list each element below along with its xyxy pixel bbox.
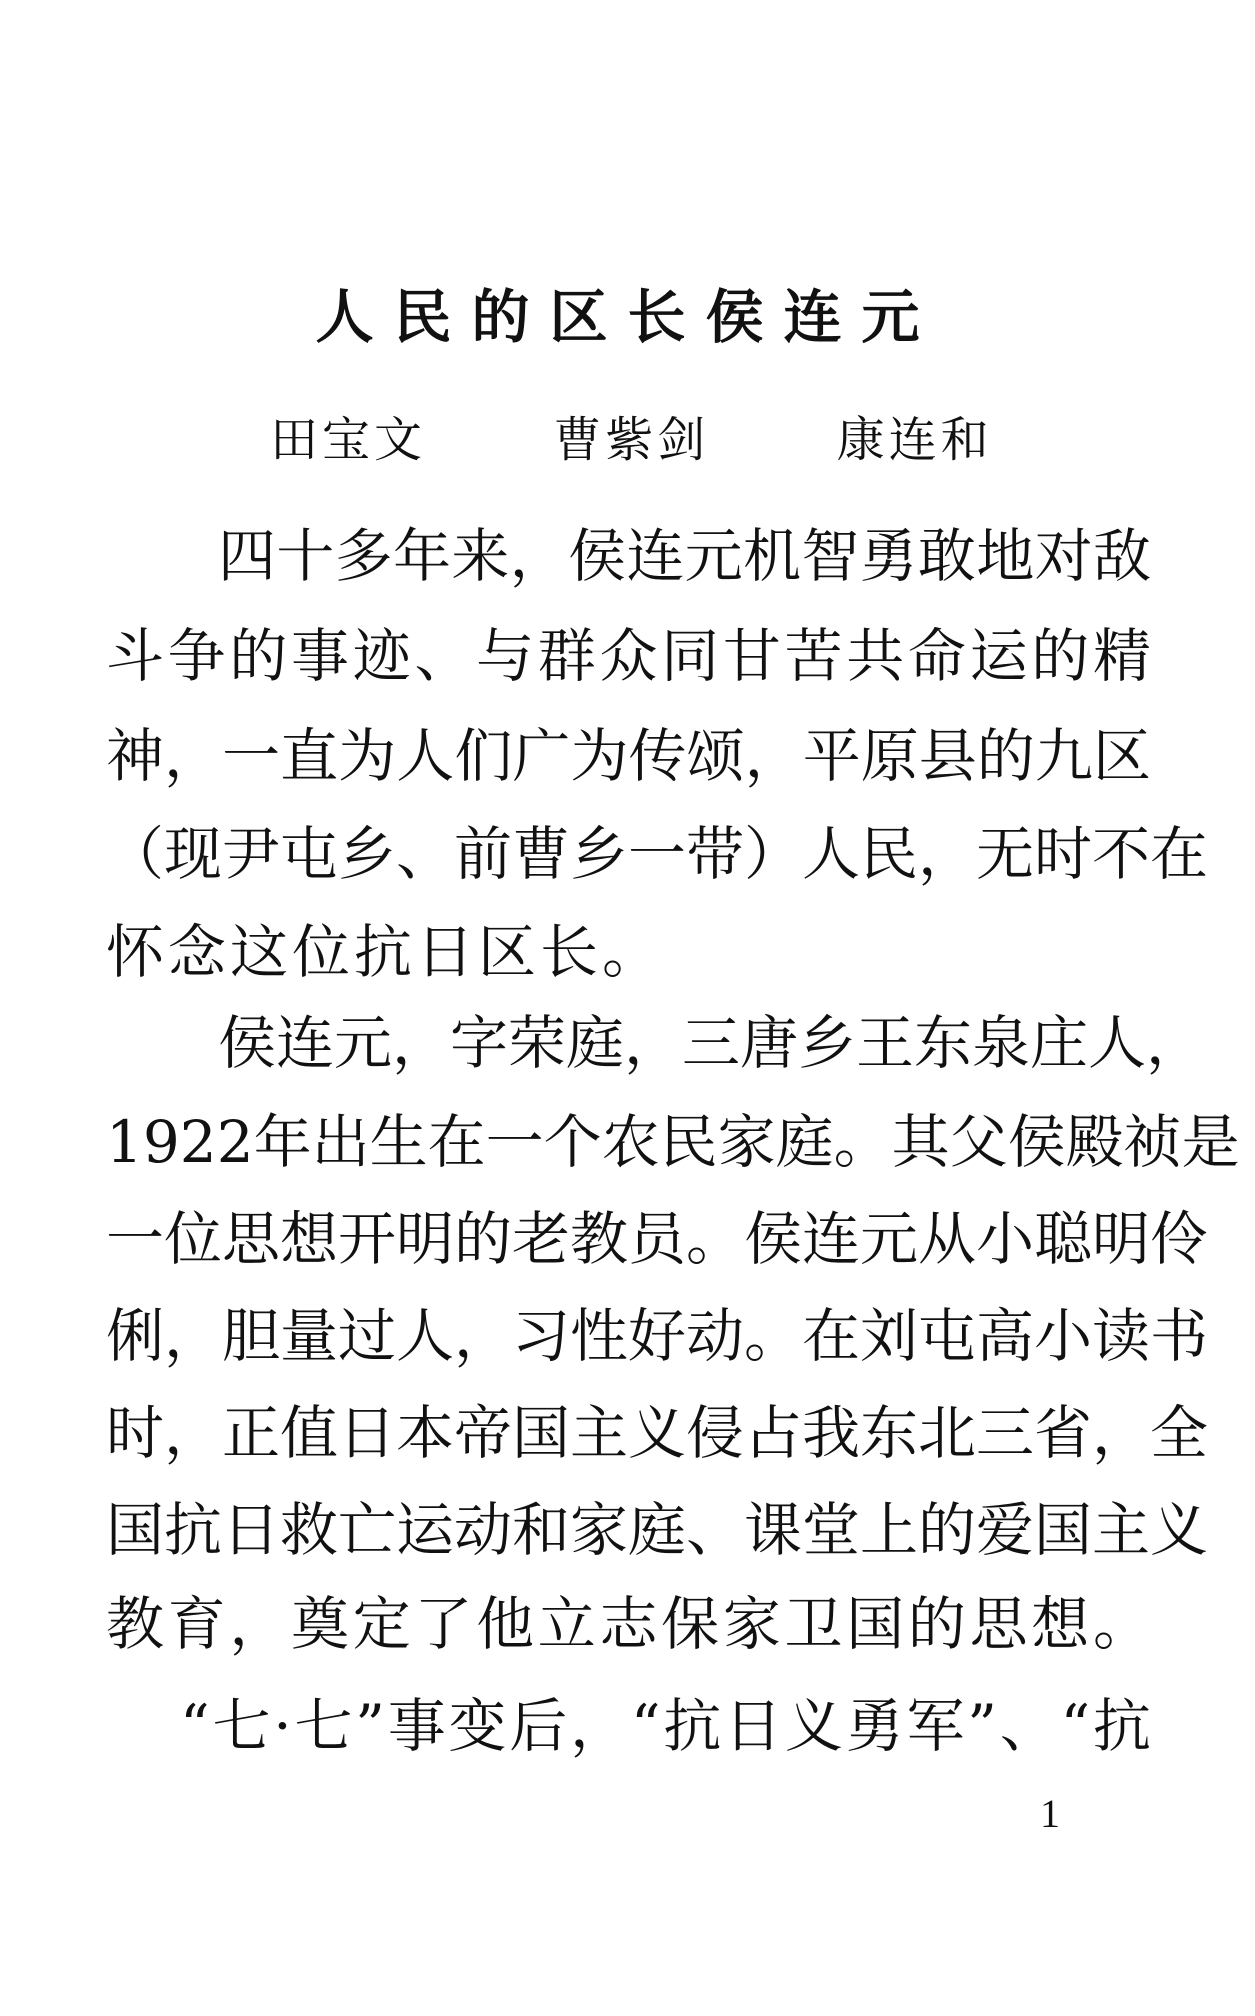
author-name: 康连和 [837, 410, 993, 470]
body-text-line: 教育，奠定了他立志保家卫国的思想。 [106, 1588, 1151, 1660]
body-text-line: 四十多年来，侯连元机智勇敢地对敌 [218, 520, 1151, 592]
body-text-line: 斗争的事迹、与群众同甘苦共命运的精 [106, 620, 1151, 692]
body-text-line: 怀念这位抗日区长。 [106, 916, 1151, 988]
author-name: 曹紫剑 [553, 410, 709, 470]
body-text-line: 1922年出生在一个农民家庭。其父侯殿祯是 [106, 1106, 1151, 1178]
body-text-line: 国抗日救亡运动和家庭、课堂上的爱国主义 [106, 1494, 1151, 1566]
body-text-line: 一位思想开明的老教员。侯连元从小聪明伶 [106, 1203, 1151, 1275]
author-name: 田宝文 [270, 410, 426, 470]
body-text-line: “七·七”事变后，“抗日义勇军”、“抗 [180, 1690, 1151, 1762]
page-number: 1 [1040, 1790, 1060, 1838]
body-text-line: 时，正值日本帝国主义侵占我东北三省，全 [106, 1397, 1151, 1469]
body-text-line: 俐，胆量过人，习性好动。在刘屯高小读书 [106, 1300, 1151, 1372]
body-text-line: （现尹屯乡、前曹乡一带）人民，无时不在 [106, 818, 1151, 890]
body-text-line: 神，一直为人们广为传颂，平原县的九区 [106, 720, 1151, 792]
body-text-line: 侯连元，字荣庭，三唐乡王东泉庄人， [218, 1007, 1151, 1079]
article-title: 人民的区长侯连元 [0, 282, 1255, 352]
author-list: 田宝文 曹紫剑 康连和 [270, 410, 1105, 470]
